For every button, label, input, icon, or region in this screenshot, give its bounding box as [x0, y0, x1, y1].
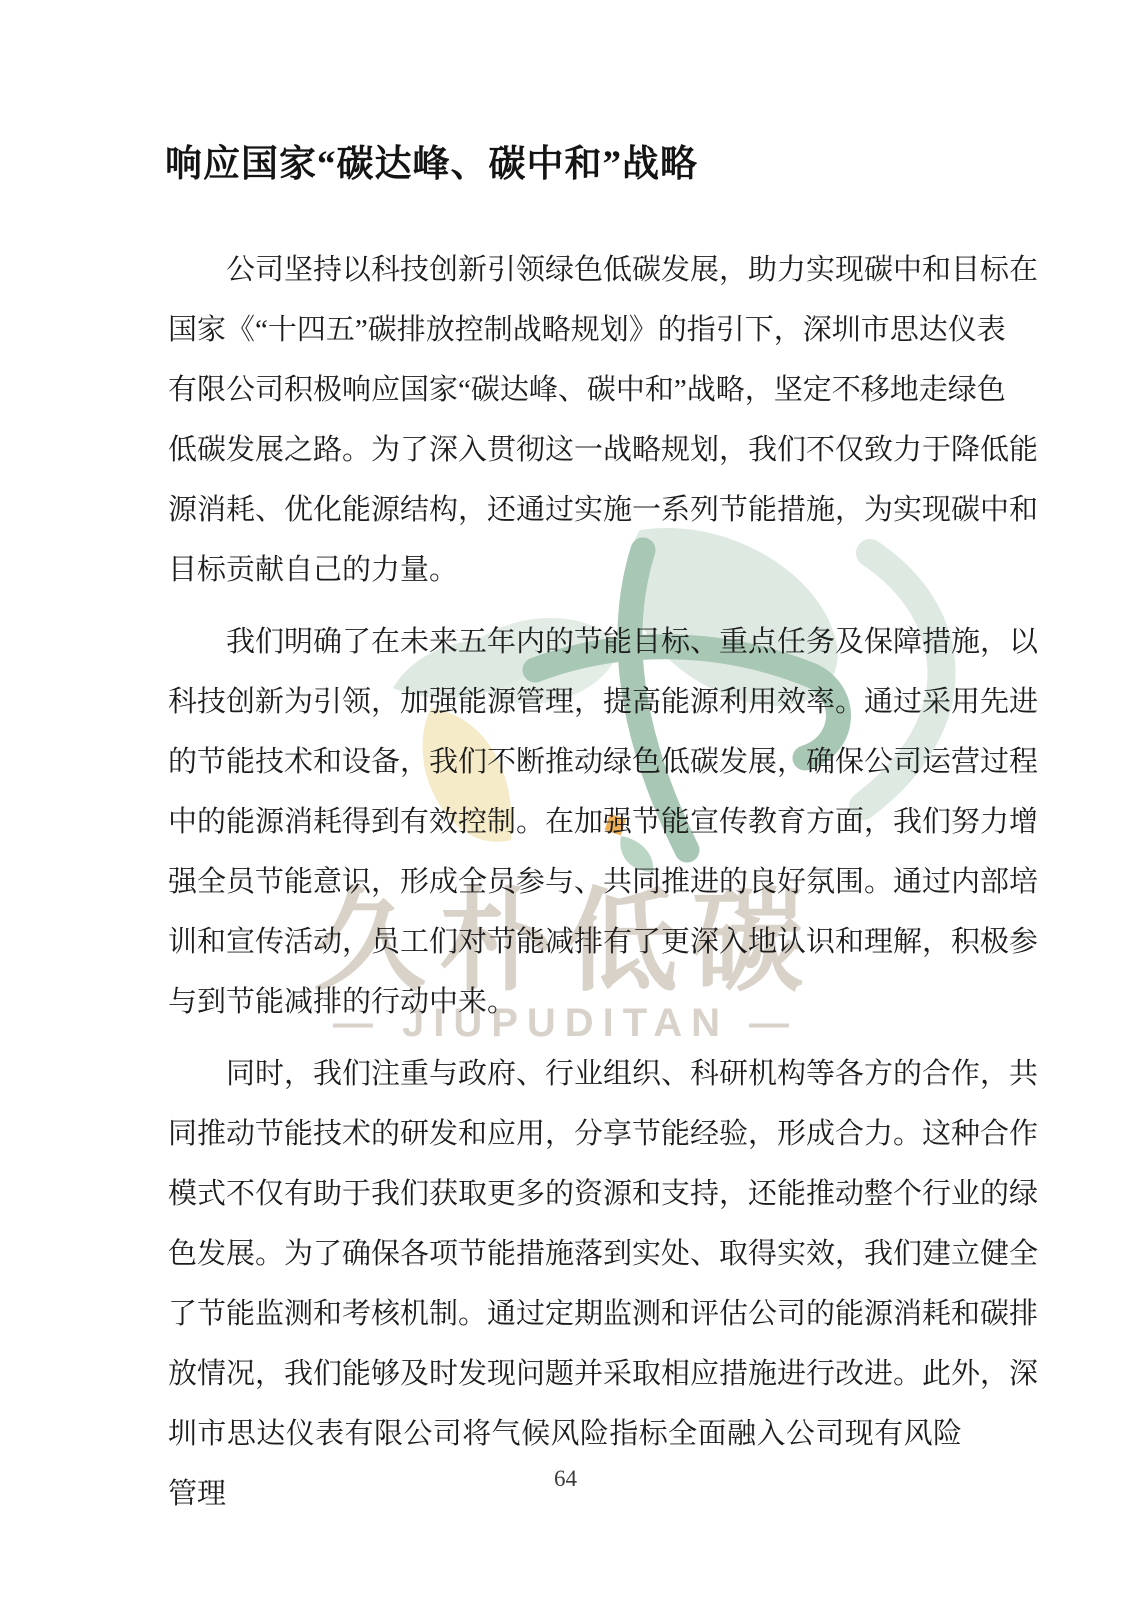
paragraph-line: 我们明确了在未来五年内的节能目标、重点任务及保障措施，以	[168, 612, 962, 672]
page-number: 64	[0, 1466, 1131, 1492]
paragraph-line: 源消耗、优化能源结构，还通过实施一系列节能措施，为实现碳中和	[168, 480, 962, 540]
paragraph-line: 圳市思达仪表有限公司将气候风险指标全面融入公司现有风险管理	[168, 1404, 962, 1464]
paragraph-line: 放情况，我们能够及时发现问题并采取相应措施进行改进。此外，深	[168, 1344, 962, 1404]
paragraph-line: 目标贡献自己的力量。	[168, 540, 962, 600]
paragraph-line: 色发展。为了确保各项节能措施落到实处、取得实效，我们建立健全	[168, 1224, 962, 1284]
paragraph-line: 训和宣传活动，员工们对节能减排有了更深入地认识和理解，积极参	[168, 912, 962, 972]
paragraph-line: 强全员节能意识，形成全员参与、共同推进的良好氛围。通过内部培	[168, 852, 962, 912]
paragraph-line: 低碳发展之路。为了深入贯彻这一战略规划，我们不仅致力于降低能	[168, 420, 962, 480]
paragraph-line: 同推动节能技术的研发和应用，分享节能经验，形成合力。这种合作	[168, 1104, 962, 1164]
paragraph-line: 与到节能减排的行动中来。	[168, 972, 962, 1032]
document-page: 久朴低碳 — JIUPUDITAN — 响应国家“碳达峰、碳中和”战略 公司坚持…	[0, 0, 1131, 1600]
page-title: 响应国家“碳达峰、碳中和”战略	[165, 138, 698, 192]
paragraph-line: 公司坚持以科技创新引领绿色低碳发展，助力实现碳中和目标在	[168, 240, 962, 300]
paragraph: 公司坚持以科技创新引领绿色低碳发展，助力实现碳中和目标在国家《“十四五”碳排放控…	[168, 240, 962, 600]
paragraph-line: 有限公司积极响应国家“碳达峰、碳中和”战略，坚定不移地走绿色	[168, 360, 962, 420]
paragraph-line: 中的能源消耗得到有效控制。在加强节能宣传教育方面，我们努力增	[168, 792, 962, 852]
document-body: 公司坚持以科技创新引领绿色低碳发展，助力实现碳中和目标在国家《“十四五”碳排放控…	[168, 240, 962, 1476]
paragraph-line: 了节能监测和考核机制。通过定期监测和评估公司的能源消耗和碳排	[168, 1284, 962, 1344]
paragraph-line: 的节能技术和设备，我们不断推动绿色低碳发展，确保公司运营过程	[168, 732, 962, 792]
paragraph: 我们明确了在未来五年内的节能目标、重点任务及保障措施，以科技创新为引领，加强能源…	[168, 612, 962, 1032]
paragraph-line: 模式不仅有助于我们获取更多的资源和支持，还能推动整个行业的绿	[168, 1164, 962, 1224]
paragraph: 同时，我们注重与政府、行业组织、科研机构等各方的合作，共同推动节能技术的研发和应…	[168, 1044, 962, 1464]
paragraph-line: 科技创新为引领，加强能源管理，提高能源利用效率。通过采用先进	[168, 672, 962, 732]
paragraph-line: 同时，我们注重与政府、行业组织、科研机构等各方的合作，共	[168, 1044, 962, 1104]
paragraph-line: 国家《“十四五”碳排放控制战略规划》的指引下，深圳市思达仪表	[168, 300, 962, 360]
